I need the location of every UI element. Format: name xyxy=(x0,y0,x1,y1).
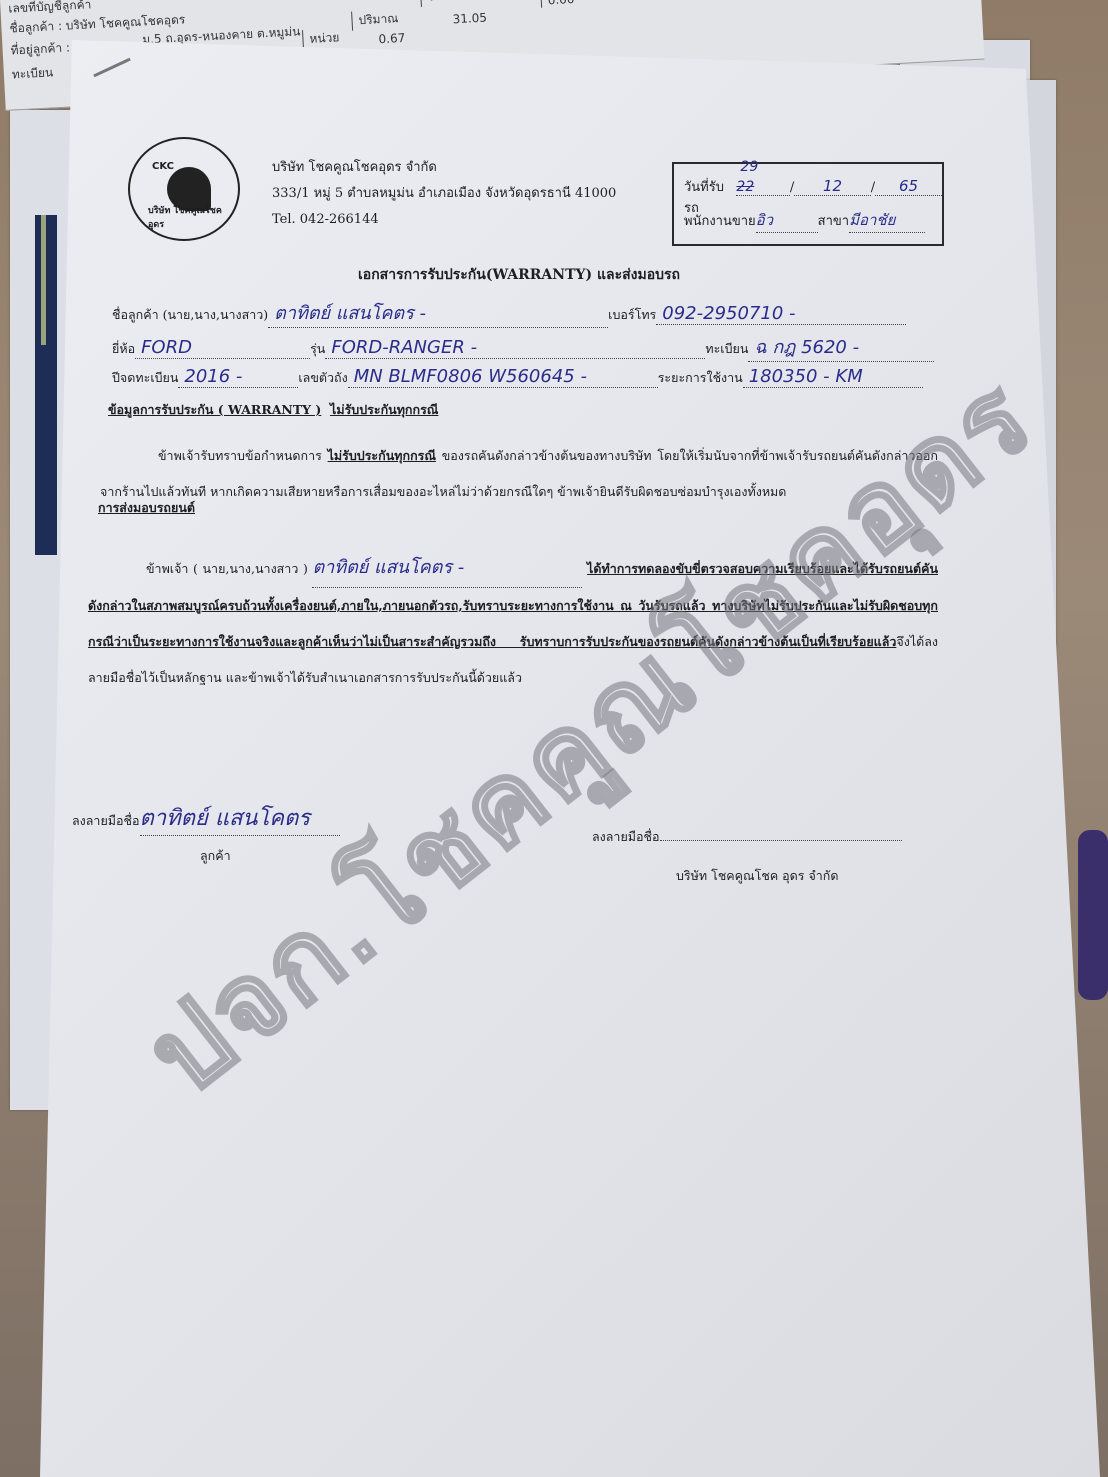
delivery-name-field: ตาทิตย์ แสนโคตร - xyxy=(312,550,582,588)
salesperson-label: พนักงานขาย xyxy=(684,210,756,231)
delivery-lead: ข้าพเจ้า ( นาย,นาง,นางสาว ) xyxy=(146,561,308,576)
receipt-box: วันที่รับรถ 29 22 / 12/ 65 พนักงานขาย อิ… xyxy=(672,162,944,246)
phone-value: 092-2950710 - xyxy=(656,303,795,324)
phone-label: เบอร์โทร xyxy=(608,305,656,325)
model-field: FORD-RANGER - xyxy=(325,337,705,359)
warranty-heading-label: ข้อมูลการรับประกัน ( WARRANTY ) xyxy=(108,402,321,417)
delivery-name: ตาทิตย์ แสนโคตร - xyxy=(312,557,464,578)
receipt-year-field: 65 xyxy=(875,177,942,196)
brand-field: FORD xyxy=(135,337,310,359)
year-field: 2016 - xyxy=(178,366,298,388)
salesperson-value: อิว xyxy=(756,211,773,229)
customer-signature-field[interactable]: ตาทิตย์ แสนโคตร xyxy=(140,800,340,836)
company-tel: Tel. 042-266144 xyxy=(272,207,616,233)
customer-name: ตาทิตย์ แสนโคตร - xyxy=(268,303,426,324)
warranty-heading: ข้อมูลการรับประกัน ( WARRANTY ) ไม่รับปร… xyxy=(108,400,438,420)
model-label: รุ่น xyxy=(310,339,325,359)
salesperson-field: อิว xyxy=(756,208,818,233)
warranty-document: CKC บริษัท โชคคูณโชค อุดร บริษัท โชคคูณโ… xyxy=(0,0,1108,1477)
receipt-day-struck: 22 xyxy=(736,179,754,195)
receipt-day-field: 29 22 xyxy=(736,179,790,196)
receipt-year: 65 xyxy=(899,177,918,195)
customer-signature-block: ลงลายมือชื่อ ตาทิตย์ แสนโคตร xyxy=(72,800,340,836)
logo-text: CKC xyxy=(152,161,174,172)
chassis-value: MN BLMF0806 W560645 - xyxy=(348,366,587,387)
customer-label: ชื่อลูกค้า (นาย,นาง,นางสาว) xyxy=(112,305,268,325)
model-value: FORD-RANGER - xyxy=(325,337,477,358)
brand-label: ยี่ห้อ xyxy=(112,339,135,359)
year-label: ปีจดทะเบียน xyxy=(112,368,178,388)
brand-value: FORD xyxy=(135,337,192,358)
company-address: 333/1 หมู่ 5 ตำบลหมูม่น อำเภอเมือง จังหว… xyxy=(272,181,616,207)
customer-role: ลูกค้า xyxy=(200,846,231,866)
branch-label: สาขา xyxy=(818,210,849,231)
company-name: บริษัท โชคคูณโชคอุดร จำกัด xyxy=(272,155,616,181)
company-header: บริษัท โชคคูณโชคอุดร จำกัด 333/1 หมู่ 5 … xyxy=(272,155,616,233)
plate-value: ฉ กฎ 5620 - xyxy=(748,337,859,358)
branch-value: มีอาชัย xyxy=(849,211,895,229)
delivery-heading-text: การส่งมอบรถยนต์ xyxy=(98,500,195,515)
year-value: 2016 - xyxy=(178,366,242,387)
customer-field: ตาทิตย์ แสนโคตร - xyxy=(268,298,608,328)
plate-field: ฉ กฎ 5620 - xyxy=(748,332,934,362)
company-signature-field[interactable] xyxy=(660,826,902,841)
company-logo: CKC บริษัท โชคคูณโชค อุดร xyxy=(128,137,240,241)
chassis-field: MN BLMF0806 W560645 - xyxy=(348,366,658,388)
company-role: บริษัท โชคคูณโชค อุดร จำกัด xyxy=(676,866,839,886)
customer-signature: ตาทิตย์ แสนโคตร xyxy=(140,806,311,831)
warranty-heading-value: ไม่รับประกันทุกกรณี xyxy=(330,402,438,417)
terms-lead: ข้าพเจ้ารับทราบข้อกำหนดการ xyxy=(158,448,322,463)
phone-field: 092-2950710 - xyxy=(656,303,906,325)
delivery-heading: การส่งมอบรถยนต์ xyxy=(98,490,398,526)
chassis-label: เลขตัวถัง xyxy=(298,368,347,388)
logo-ring-text: บริษัท โชคคูณโชค อุดร xyxy=(148,203,238,231)
plate-label: ทะเบียน xyxy=(705,339,748,359)
mileage-label: ระยะการใช้งาน xyxy=(658,368,743,388)
company-signature-block: ลงลายมือชื่อ xyxy=(592,826,902,847)
document-title: เอกสารการรับประกัน(WARRANTY) และส่งมอบรถ xyxy=(358,264,680,286)
receipt-day: 29 xyxy=(740,159,758,175)
branch-field: มีอาชัย xyxy=(849,208,925,233)
mileage-value: 180350 - KM xyxy=(743,366,863,387)
customer-signature-label: ลงลายมือชื่อ xyxy=(72,811,140,831)
receipt-month: 12 xyxy=(823,177,842,195)
terms-emphasis: ไม่รับประกันทุกกรณี xyxy=(328,448,436,463)
receipt-month-field: 12 xyxy=(794,177,870,196)
